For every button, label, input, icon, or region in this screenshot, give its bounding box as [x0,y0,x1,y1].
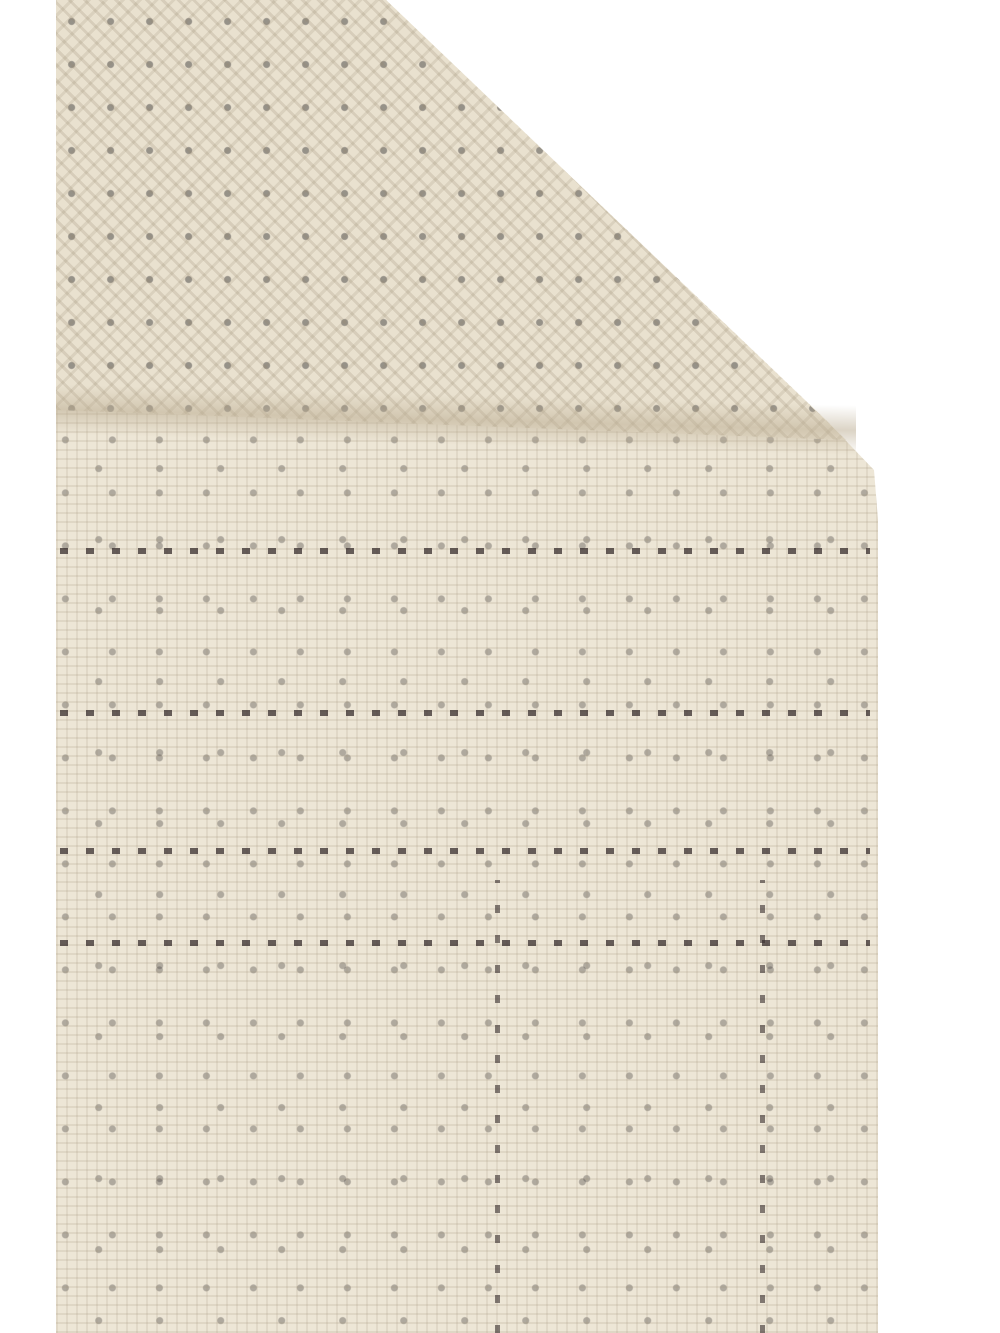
rug-dark-fleck-stripe [60,940,870,946]
rug-vertical-fleck-line [495,880,500,1333]
rug-dark-fleck-stripe [60,710,870,716]
product-photo [0,0,1000,1333]
rug-vertical-fleck-line [760,880,765,1333]
rug-dark-fleck-stripe [60,548,870,554]
rug-dark-fleck-stripe [60,848,870,854]
rug-folded-corner [56,0,856,440]
